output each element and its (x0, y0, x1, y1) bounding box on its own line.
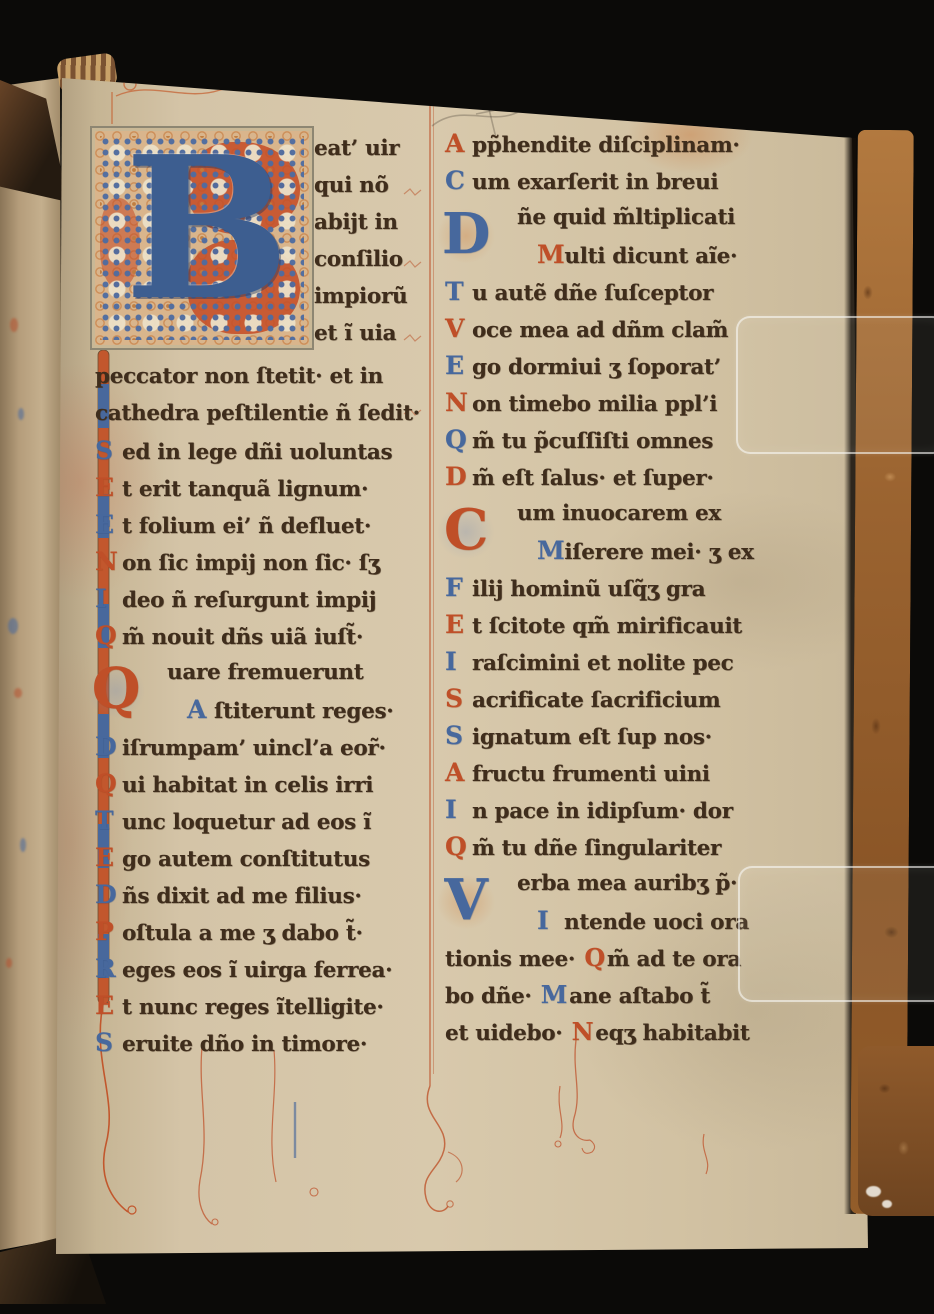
line-text: qui nõ (314, 173, 389, 198)
line-text: et uidebo· (445, 1021, 570, 1046)
versal-initial: D (95, 876, 122, 913)
text-line: Non ſic impij non ſic· ſʒ (95, 543, 437, 580)
text-line: cathedra peſtilentie ñ ſedit· (95, 395, 437, 432)
versal-initial: I (95, 580, 122, 617)
showthrough-mark (8, 618, 18, 634)
versal-initial: I (445, 791, 472, 828)
versal-initial: M (539, 980, 569, 1009)
text-line: et ĩ uia (314, 315, 442, 352)
versal-initial: E (95, 506, 122, 543)
manuscript-photo: B eat’ uirqui nõabijt inconſilioimpiorũe… (0, 0, 934, 1314)
line-text: ignatum eſt ſup nos· (472, 725, 712, 750)
text-line: Sed in lege dñi uoluntas (95, 432, 437, 469)
line-text: t nunc reges ĩtelligite· (122, 995, 384, 1020)
text-line: Poſtula a me ʒ dabo t̃· (95, 913, 437, 950)
text-line: impiorũ (314, 278, 442, 315)
text-line: Quare fremuerunt (95, 654, 437, 691)
text-line: Et ſcitote qm̃ mirificauit (445, 606, 811, 643)
line-text: m̃ eſt ſalus· et ſuper· (472, 466, 714, 491)
line-text: bo dñe· (445, 984, 539, 1009)
line-text: iſerere mei· ʒ ex (564, 540, 753, 565)
line-text: ñs dixit ad me filius· (122, 884, 362, 909)
line-text: t ſcitote qm̃ mirificauit (472, 614, 742, 639)
illuminated-initial: V (429, 867, 503, 937)
plastic-page-tab-lower (738, 866, 934, 1002)
line-text: impiorũ (314, 284, 407, 309)
line-text: conſilio (314, 247, 403, 272)
versal-initial: M (537, 532, 564, 569)
showthrough-mark (20, 838, 26, 852)
versal-initial: Q (582, 943, 607, 972)
line-text: m̃ ad te ora (607, 947, 741, 972)
illuminated-initial: D (429, 201, 503, 271)
text-line: Diſrumpam’ uincl’a eor̃· (95, 728, 437, 765)
text-line: Tunc loquetur ad eos ĩ (95, 802, 437, 839)
line-text: m̃ tu dñe ſingulariter (472, 836, 721, 861)
versal-initial: M (537, 236, 564, 273)
chalk-fleck (866, 1186, 881, 1197)
text-line: abijt in (314, 204, 442, 241)
text-line: Seruite dño in timore· (95, 1024, 437, 1061)
showthrough-mark (14, 688, 22, 698)
versal-initial: E (95, 987, 122, 1024)
text-line: Dñe quid m̃ltiplicati (445, 199, 811, 236)
text-line: conſilio (314, 241, 442, 278)
versal-initial: A (187, 691, 214, 728)
versal-initial: E (95, 469, 122, 506)
line-text: n pace in idipſum· dor (472, 799, 733, 824)
text-line: qui nõ (314, 167, 442, 204)
text-line: Dñs dixit ad me filius· (95, 876, 437, 913)
line-text: ulti dicunt aĩe· (564, 244, 737, 269)
chalk-fleck (882, 1200, 892, 1208)
text-line: Et nunc reges ĩtelligite· (95, 987, 437, 1024)
text-line: Dm̃ eſt ſalus· et ſuper· (445, 458, 811, 495)
line-text: eruite dño in timore· (122, 1032, 367, 1057)
plastic-page-tab-upper (736, 316, 934, 454)
text-line: Cum inuocarem ex (445, 495, 811, 532)
line-text: ane aſtabo t̃ (569, 984, 710, 1009)
versal-initial: D (95, 728, 122, 765)
versal-initial: A (445, 125, 472, 162)
line-text: ilij hominũ uſq̃ʒ gra (472, 577, 705, 602)
line-text: erba mea auribʒ p̃· (517, 871, 737, 896)
line-text: ntende uoci ora (564, 910, 749, 935)
text-line: et uidebo· Neqʒ habitabit (445, 1013, 811, 1050)
text-line: Qm̃ tu dñe ſingulariter (445, 828, 811, 865)
illuminated-initial: C (429, 497, 503, 567)
text-line: Qui habitat in celis irri (95, 765, 437, 802)
text-line: Tu autẽ dñe ſuſceptor (445, 273, 811, 310)
left-column-lines: peccator non ſtetit· et incathedra peſti… (95, 358, 437, 1061)
text-line: eat’ uir (314, 130, 442, 167)
manuscript-page: B eat’ uirqui nõabijt inconſilioimpiorũe… (52, 62, 874, 1260)
line-text: ui habitat in celis irri (122, 773, 373, 798)
line-text: m̃ nouit dñs uiã iuſt̃· (122, 625, 363, 650)
versal-initial: Q (445, 421, 472, 458)
text-line: Ego autem conſtitutus (95, 839, 437, 876)
versal-initial: S (445, 680, 472, 717)
versal-initial: S (95, 432, 122, 469)
line-text: peccator non ſtetit· et in (95, 364, 383, 389)
line-text: um inuocarem ex (517, 501, 721, 526)
line-text: deo ñ reſurgunt impij (122, 588, 376, 613)
versal-initial: I (537, 902, 564, 939)
versal-initial: A (445, 754, 472, 791)
versal-initial: E (445, 606, 472, 643)
versal-initial: V (445, 310, 472, 347)
left-column-opening-lines: eat’ uirqui nõabijt inconſilioimpiorũet … (314, 130, 442, 352)
text-line: Iraſcimini et nolite pec (445, 643, 811, 680)
line-text: u autẽ dñe ſuſceptor (472, 281, 713, 306)
text-line: peccator non ſtetit· et in (95, 358, 437, 395)
heading-mark: 1 (481, 77, 500, 107)
versal-initial: P (95, 913, 122, 950)
beatus-initial-panel: B (90, 126, 314, 350)
facing-page-edge (0, 78, 64, 1254)
showthrough-mark (18, 408, 24, 420)
text-line: App̃hendite diſciplinam· (445, 125, 811, 162)
versal-initial: Q (95, 765, 122, 802)
versal-initial: Q (95, 617, 122, 654)
text-line: Reges eos ĩ uirga ferrea· (95, 950, 437, 987)
versal-initial: N (570, 1017, 596, 1046)
line-text: on timebo milia ppl’i (472, 392, 717, 417)
line-text: t erit tanquã lignum· (122, 477, 368, 502)
showthrough-mark (10, 318, 18, 332)
line-text: acrificate ſacrificium (472, 688, 720, 713)
versal-initial: S (445, 717, 472, 754)
versal-initial: D (445, 458, 472, 495)
versal-initial: Q (445, 828, 472, 865)
line-text: go dormiui ʒ ſoporat’ (472, 355, 721, 380)
text-line: Ideo ñ reſurgunt impij (95, 580, 437, 617)
illuminated-initial: Q (79, 656, 153, 726)
text-line: Qm̃ nouit dñs uiã iuſt̃· (95, 617, 437, 654)
line-text: go autem conſtitutus (122, 847, 370, 872)
line-text: pp̃hendite diſciplinam· (472, 133, 740, 158)
line-text: eat’ uir (314, 136, 399, 161)
versal-initial: T (95, 802, 122, 839)
line-text: raſcimini et nolite pec (472, 651, 733, 676)
versal-initial: N (445, 384, 472, 421)
versal-initial: E (95, 839, 122, 876)
line-text: cathedra peſtilentie ñ ſedit· (95, 401, 420, 426)
versal-initial: S (95, 1024, 122, 1061)
line-text: m̃ tu p̃cuſſiſti omnes (472, 429, 713, 454)
line-text: iſrumpam’ uincl’a eor̃· (122, 736, 386, 761)
folio-number: 7 (780, 60, 807, 99)
line-text: tionis mee· (445, 947, 582, 972)
line-text: ſtiterunt reges· (214, 699, 393, 724)
text-line: Afructu frumenti uini (445, 754, 811, 791)
showthrough-mark (6, 958, 12, 968)
line-text: oſtula a me ʒ dabo t̃· (122, 921, 363, 946)
line-text: oce mea ad dñm clam̃ (472, 318, 728, 343)
text-line: Sacrificate ſacrificium (445, 680, 811, 717)
versal-initial: T (445, 273, 472, 310)
text-line: Et erit tanquã lignum· (95, 469, 437, 506)
line-text: eges eos ĩ uirga ferrea· (122, 958, 392, 983)
line-text: abijt in (314, 210, 398, 235)
line-text: on ſic impij non ſic· ſʒ (122, 551, 380, 576)
illuminated-letter-B: B (102, 110, 312, 348)
versal-initial: N (95, 543, 122, 580)
line-text: t folium ei’ ñ defluet· (122, 514, 371, 539)
line-text: fructu frumenti uini (472, 762, 710, 787)
versal-initial: I (445, 643, 472, 680)
versal-initial: E (445, 347, 472, 384)
text-line: Cum exarſerit in breui (445, 162, 811, 199)
line-text: eqʒ habitabit (595, 1021, 749, 1046)
tail-flourishes (199, 1040, 708, 1225)
line-text: ed in lege dñi uoluntas (122, 440, 392, 465)
text-line: In pace in idipſum· dor (445, 791, 811, 828)
line-text: et ĩ uia (314, 321, 396, 346)
line-text: uare fremuerunt (167, 660, 363, 685)
line-text: unc loquetur ad eos ĩ (122, 810, 371, 835)
line-text: um exarſerit in breui (472, 170, 718, 195)
leather-corner-bottom-right (858, 1046, 934, 1216)
text-line: Et folium ei’ ñ defluet· (95, 506, 437, 543)
text-line: Filij hominũ uſq̃ʒ gra (445, 569, 811, 606)
versal-initial: C (445, 162, 472, 199)
versal-initial: F (445, 569, 472, 606)
text-line: Signatum eſt ſup nos· (445, 717, 811, 754)
versal-initial: R (95, 950, 122, 987)
line-text: ñe quid m̃ltiplicati (517, 205, 735, 230)
